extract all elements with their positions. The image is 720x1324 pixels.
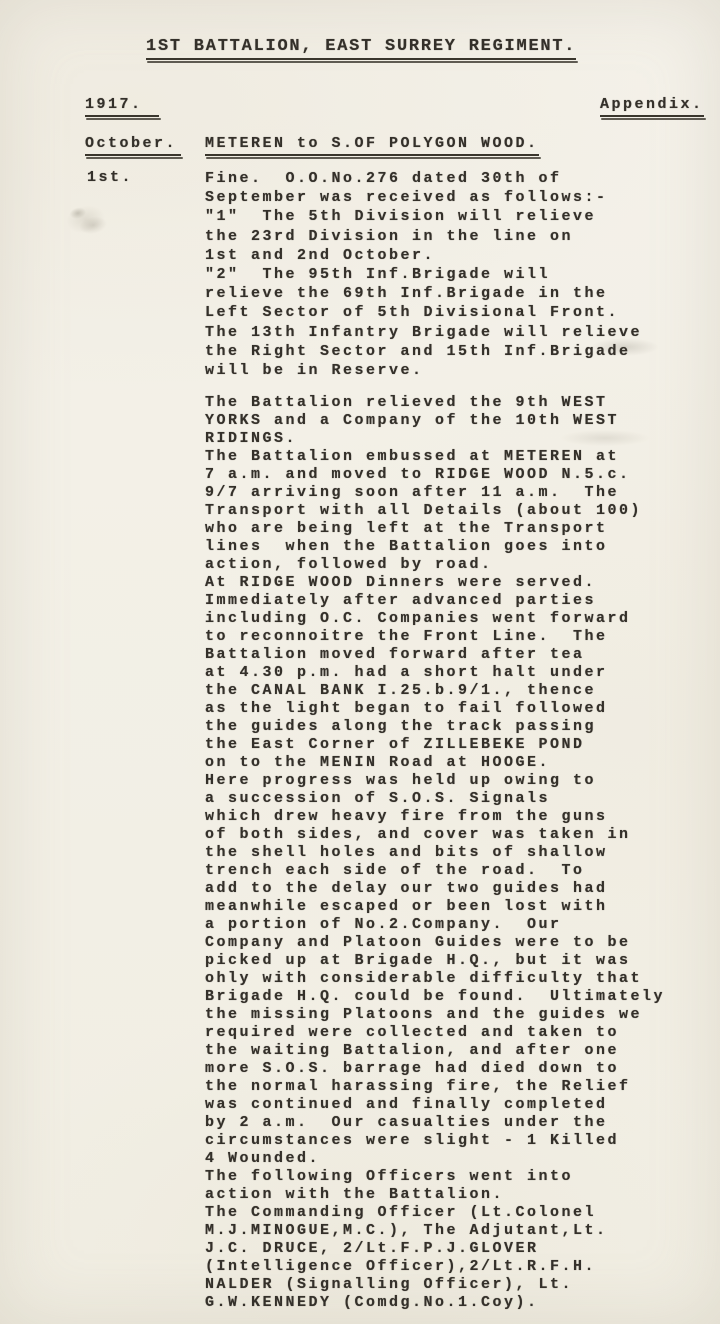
section-heading-text: METEREN to S.OF POLYGON WOOD.: [205, 135, 539, 156]
appendix-label: Appendix.: [600, 96, 704, 117]
month-label: October.: [85, 135, 181, 156]
document-page: 1ST BATTALION, EAST SURREY REGIMENT. 191…: [0, 0, 720, 1324]
appendix-text: Appendix.: [600, 96, 704, 117]
pencil-smudge: [53, 190, 124, 252]
entry-paragraph-orders: Fine. O.O.No.276 dated 30th of September…: [205, 169, 642, 380]
month-text: October.: [85, 135, 181, 156]
entry-paragraph-relief: The Battalion relieved the 9th WEST YORK…: [205, 394, 665, 1312]
page-title-text: 1ST BATTALION, EAST SURREY REGIMENT.: [146, 37, 576, 60]
page-title: 1ST BATTALION, EAST SURREY REGIMENT.: [146, 37, 576, 60]
year-label: 1917.: [85, 96, 159, 117]
year-text: 1917.: [85, 96, 159, 117]
day-label: 1st.: [87, 169, 133, 186]
section-heading: METEREN to S.OF POLYGON WOOD.: [205, 135, 539, 156]
